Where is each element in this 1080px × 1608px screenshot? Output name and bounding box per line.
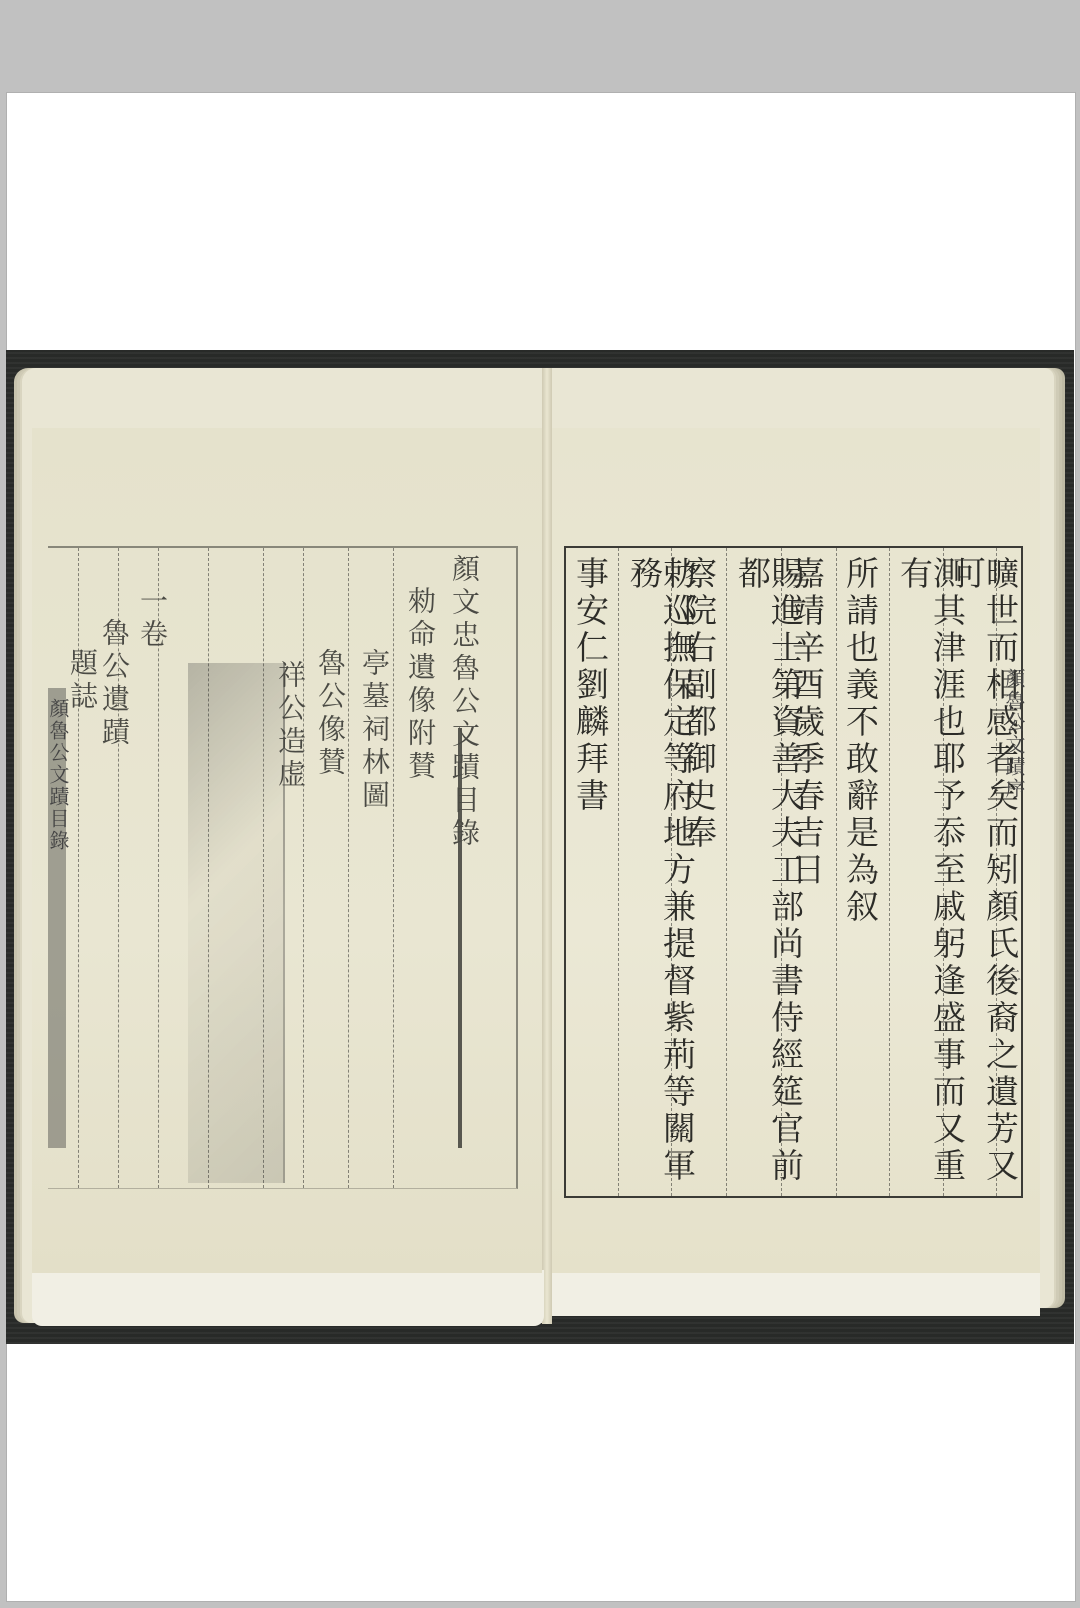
column-rule — [618, 548, 619, 1196]
right-bottom-margin — [552, 1270, 1040, 1316]
toc-entry-7: 題誌 — [68, 648, 96, 714]
leaf-number: 二 — [1006, 968, 1020, 984]
left-page: 顏魯公文蹟目錄 顏文忠魯公文蹟目錄 勑命遺像附賛 亭墓祠林圖 魯公像賛 祥公造虚… — [32, 428, 542, 1273]
right-page: 曠世而相感者矣而矧顏氏後裔之遺芳又可 測其津涯也耶予忝至戚躬逢盛事而又重有 所請… — [552, 428, 1040, 1273]
book-photograph: 顏魯公文蹟目錄 顏文忠魯公文蹟目錄 勑命遺像附賛 亭墓祠林圖 魯公像賛 祥公造虚… — [6, 350, 1074, 1344]
preface-line-7: 勅巡撫保定等府地方兼提督紫荊等關軍務 — [628, 556, 694, 1196]
book-gutter — [542, 368, 552, 1324]
preface-line-2: 測其津涯也耶予忝至戚躬逢盛事而又重有 — [898, 556, 964, 1196]
right-text-block: 曠世而相感者矣而矧顏氏後裔之遺芳又可 測其津涯也耶予忝至戚躬逢盛事而又重有 所請… — [564, 546, 1023, 1198]
preface-signature: 事安仁劉麟拜書 — [574, 556, 607, 815]
column-rule — [889, 548, 890, 1196]
toc-entry-1: 勑命遺像附賛 — [406, 586, 434, 784]
toc-entry-6: 魯公遺蹟 — [100, 618, 128, 750]
column-rule — [303, 548, 304, 1188]
toc-entry-2: 亭墓祠林圖 — [360, 648, 388, 813]
toc-entry-3: 魯公像賛 — [316, 648, 344, 780]
column-rule — [208, 548, 209, 1188]
column-rule — [836, 548, 837, 1196]
left-text-block: 顏魯公文蹟目錄 顏文忠魯公文蹟目錄 勑命遺像附賛 亭墓祠林圖 魯公像賛 祥公造虚… — [48, 546, 518, 1189]
left-page-title: 顏文忠魯公文蹟目錄 — [450, 554, 478, 851]
preface-line-3: 所請也義不敢辭是為叙 — [844, 556, 877, 926]
toc-entry-5: 一卷 — [138, 586, 166, 652]
column-rule — [726, 548, 727, 1196]
right-margin-label: 顏魯公文蹟序 — [1004, 668, 1024, 800]
blank-shadow-area — [188, 663, 285, 1183]
column-rule — [348, 548, 349, 1188]
column-rule — [78, 548, 79, 1188]
preface-line-5: 賜進士第資善大夫工部尚書侍經筵官前都 — [736, 556, 802, 1196]
left-bottom-margin — [32, 1270, 544, 1326]
left-margin-label: 顏魯公文蹟目錄 — [48, 698, 68, 852]
column-rule — [263, 548, 264, 1188]
toc-entry-4: 祥公造虚 — [276, 660, 304, 792]
column-rule — [393, 548, 394, 1188]
